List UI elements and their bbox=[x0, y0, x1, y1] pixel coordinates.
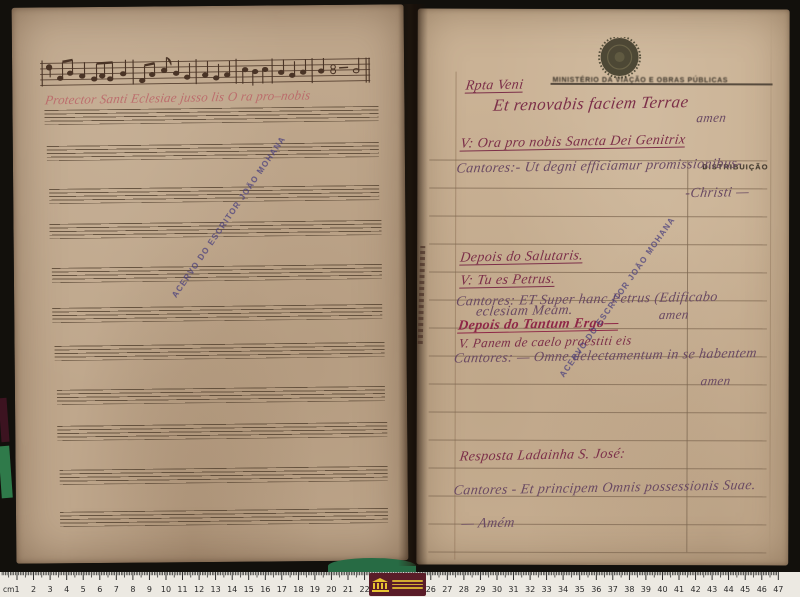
ruled-lines bbox=[418, 9, 790, 10]
script-line: -Christi — bbox=[684, 185, 750, 202]
svg-text:43: 43 bbox=[707, 585, 717, 594]
script-line: V: Tu es Petrus. bbox=[459, 272, 556, 290]
book-cover-edge-green bbox=[0, 446, 13, 499]
right-page: MINISTÉRIO DA VIAÇÃO E OBRAS PÚBLICAS DI… bbox=[416, 9, 789, 566]
script-line: — Amém bbox=[460, 516, 515, 533]
svg-text:42: 42 bbox=[691, 585, 701, 594]
blank-staff bbox=[52, 264, 382, 283]
script-line: V: Ora pro nobis Sancta Dei Genitrix bbox=[459, 133, 686, 153]
svg-text:29: 29 bbox=[475, 585, 485, 594]
svg-text:13: 13 bbox=[211, 585, 221, 594]
ruled-line bbox=[429, 440, 767, 442]
svg-text:46: 46 bbox=[757, 585, 767, 594]
scanned-manuscript: Protector Santi Eclesiae jusso lis O ra … bbox=[0, 0, 800, 597]
ruled-line bbox=[429, 412, 767, 414]
svg-text:8: 8 bbox=[130, 585, 135, 594]
script-line: Depois do Salutaris. bbox=[459, 248, 584, 266]
script-line: amen bbox=[696, 110, 728, 127]
ministry-stamp-line bbox=[551, 83, 773, 86]
blank-staff bbox=[57, 386, 385, 405]
svg-text:45: 45 bbox=[740, 585, 750, 594]
svg-text:15: 15 bbox=[244, 585, 254, 594]
blank-staff bbox=[47, 142, 379, 161]
script-line: Et renovabis faciem Terrae bbox=[492, 92, 690, 116]
svg-text:26: 26 bbox=[426, 585, 436, 594]
building-icon bbox=[372, 578, 389, 591]
ruled-line bbox=[429, 244, 767, 246]
script-line: Resposta Ladainha S. José: bbox=[459, 447, 627, 466]
svg-text:39: 39 bbox=[641, 585, 651, 594]
script-line: amen bbox=[700, 373, 732, 390]
svg-text:34: 34 bbox=[558, 585, 568, 594]
svg-text:1: 1 bbox=[14, 585, 19, 594]
archive-logo bbox=[369, 573, 426, 596]
blank-staves bbox=[12, 4, 404, 7]
ruled-line bbox=[429, 216, 767, 218]
script-line: Rpta Veni bbox=[465, 78, 525, 95]
svg-text:14: 14 bbox=[227, 585, 237, 594]
svg-text:6: 6 bbox=[97, 585, 102, 594]
svg-text:31: 31 bbox=[508, 585, 518, 594]
svg-text:16: 16 bbox=[260, 585, 270, 594]
svg-text:17: 17 bbox=[277, 585, 287, 594]
ruled-line bbox=[429, 468, 767, 470]
blank-staff bbox=[52, 304, 382, 323]
blank-staff bbox=[57, 422, 387, 441]
svg-text:21: 21 bbox=[343, 585, 353, 594]
svg-text:11: 11 bbox=[177, 585, 187, 594]
svg-text:2: 2 bbox=[31, 585, 36, 594]
svg-text:47: 47 bbox=[773, 585, 783, 594]
svg-text:12: 12 bbox=[194, 585, 204, 594]
svg-text:32: 32 bbox=[525, 585, 535, 594]
script-line: amen bbox=[658, 307, 690, 324]
svg-text:30: 30 bbox=[492, 585, 502, 594]
svg-text:27: 27 bbox=[442, 585, 452, 594]
blank-staff bbox=[55, 342, 385, 361]
svg-text:5: 5 bbox=[81, 585, 86, 594]
page-crease bbox=[769, 9, 771, 565]
svg-text:3: 3 bbox=[48, 585, 53, 594]
svg-text:40: 40 bbox=[657, 585, 667, 594]
svg-text:35: 35 bbox=[575, 585, 585, 594]
svg-text:7: 7 bbox=[114, 585, 119, 594]
svg-text:10: 10 bbox=[161, 585, 171, 594]
blank-staff bbox=[49, 185, 379, 204]
blank-staff bbox=[60, 466, 388, 485]
ruled-line bbox=[428, 552, 766, 554]
left-page: Protector Santi Eclesiae jusso lis O ra … bbox=[12, 4, 409, 563]
svg-text:41: 41 bbox=[674, 585, 684, 594]
svg-text:28: 28 bbox=[459, 585, 469, 594]
blank-staff bbox=[44, 106, 378, 125]
svg-text:18: 18 bbox=[293, 585, 303, 594]
music-notation bbox=[36, 43, 376, 96]
svg-text:4: 4 bbox=[64, 585, 69, 594]
svg-text:36: 36 bbox=[591, 585, 601, 594]
svg-text:20: 20 bbox=[326, 585, 336, 594]
book-cover-edge-maroon bbox=[0, 398, 10, 442]
svg-text:19: 19 bbox=[310, 585, 320, 594]
svg-text:37: 37 bbox=[608, 585, 618, 594]
blank-staff bbox=[60, 508, 388, 527]
svg-text:cm: cm bbox=[3, 585, 14, 594]
seal-stamp bbox=[598, 37, 642, 79]
handwritten-entries: Rpta VeniEt renovabis faciem TerraeamenV… bbox=[418, 9, 790, 10]
svg-text:44: 44 bbox=[724, 585, 734, 594]
logo-text-bars bbox=[392, 580, 423, 589]
svg-text:9: 9 bbox=[147, 585, 152, 594]
svg-text:38: 38 bbox=[624, 585, 634, 594]
svg-text:33: 33 bbox=[542, 585, 552, 594]
